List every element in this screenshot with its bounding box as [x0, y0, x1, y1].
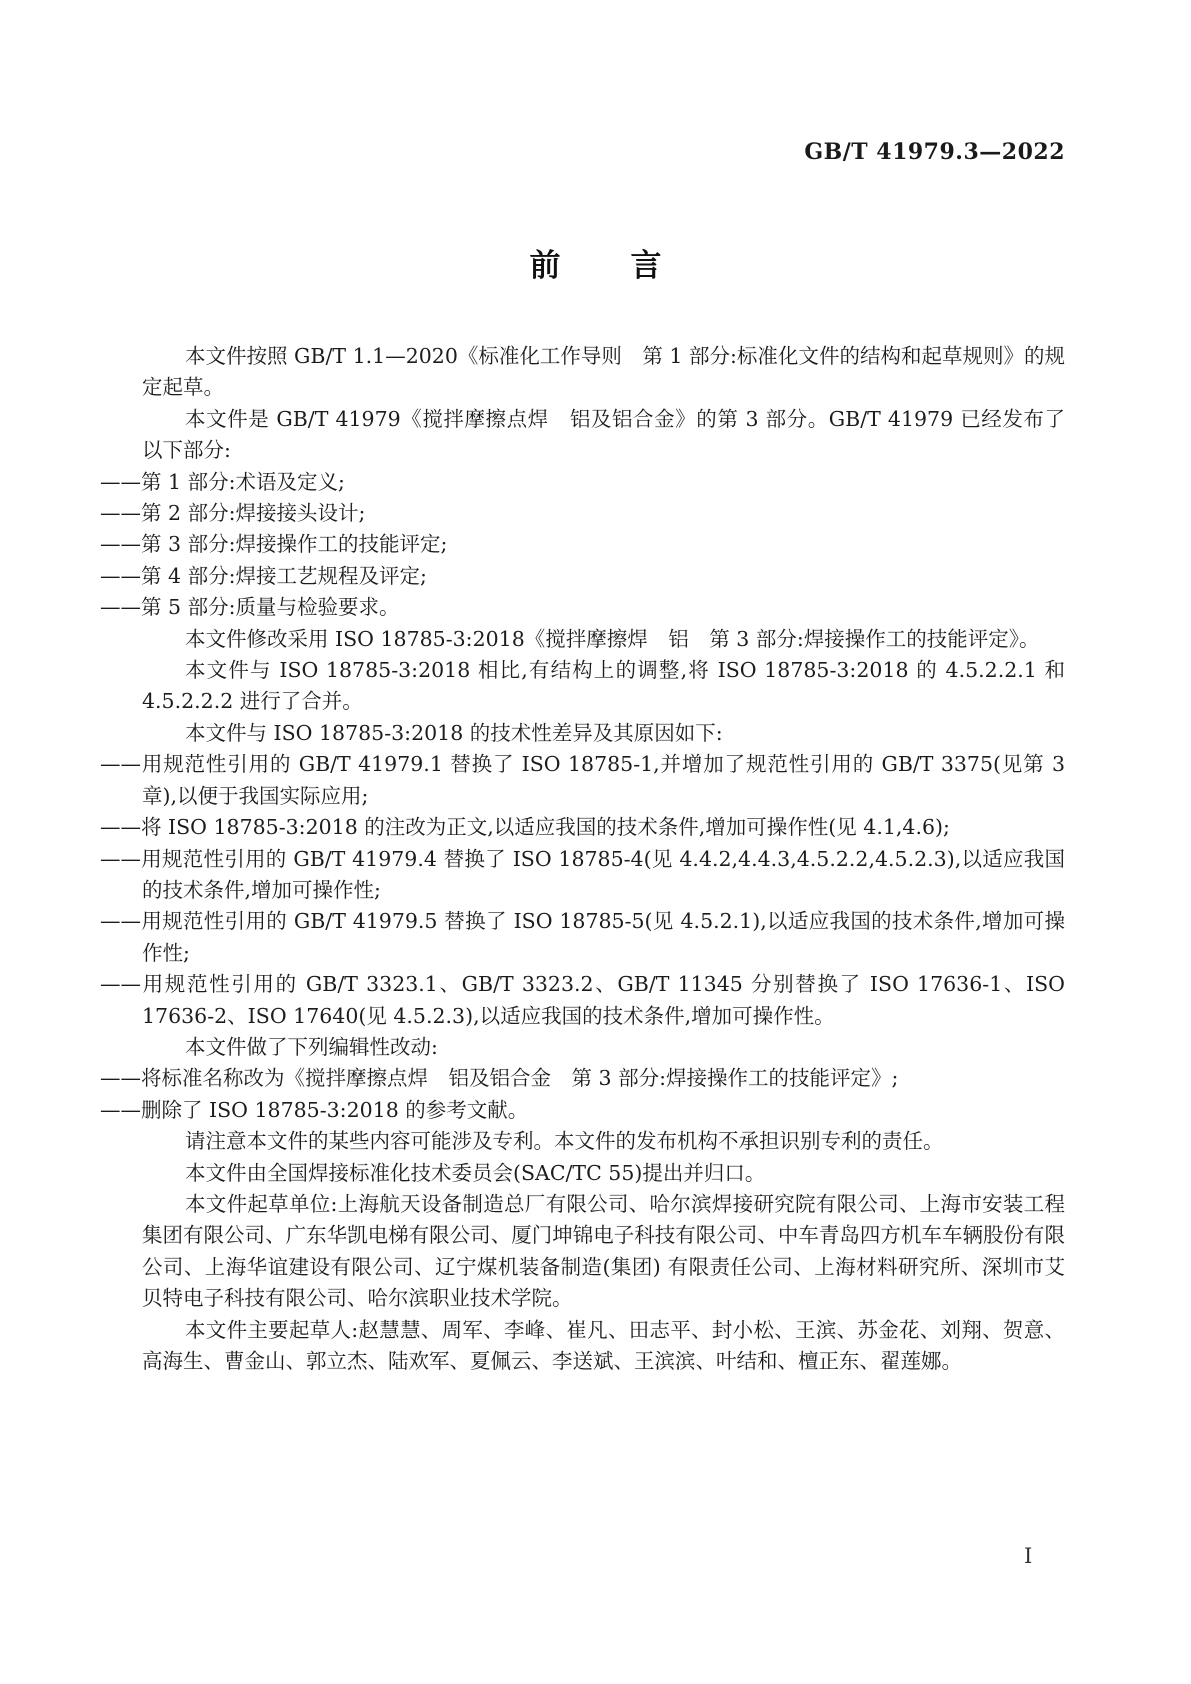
foreword-dash-item: ——删除了 ISO 18785-3:2018 的参考文献。 — [142, 1095, 1065, 1126]
foreword-paragraph: 本文件修改采用 ISO 18785-3:2018《搅拌摩擦焊 铝 第 3 部分:… — [142, 624, 1065, 655]
foreword-dash-item: ——用规范性引用的 GB/T 41979.5 替换了 ISO 18785-5(见… — [142, 906, 1065, 969]
page-title: 前言 — [0, 240, 1191, 285]
foreword-dash-item: ——将 ISO 18785-3:2018 的注改为正文,以适应我国的技术条件,增… — [142, 812, 1065, 843]
standard-code: GB/T 41979.3—2022 — [804, 139, 1065, 165]
page-number: I — [1024, 1544, 1032, 1568]
foreword-paragraph: 本文件由全国焊接标准化技术委员会(SAC/TC 55)提出并归口。 — [142, 1158, 1065, 1189]
foreword-dash-item: ——第 2 部分:焊接接头设计; — [142, 498, 1065, 529]
foreword-dash-item: ——用规范性引用的 GB/T 41979.1 替换了 ISO 18785-1,并… — [142, 749, 1065, 812]
foreword-dash-item: ——用规范性引用的 GB/T 3323.1、GB/T 3323.2、GB/T 1… — [142, 969, 1065, 1032]
foreword-dash-item: ——第 1 部分:术语及定义; — [142, 467, 1065, 498]
foreword-paragraph: 本文件起草单位:上海航天设备制造总厂有限公司、哈尔滨焊接研究院有限公司、上海市安… — [142, 1189, 1065, 1315]
foreword-paragraph: 本文件与 ISO 18785-3:2018 的技术性差异及其原因如下: — [142, 718, 1065, 749]
foreword-dash-item: ——将标准名称改为《搅拌摩擦点焊 铝及铝合金 第 3 部分:焊接操作工的技能评定… — [142, 1063, 1065, 1094]
foreword-paragraph: 本文件与 ISO 18785-3:2018 相比,有结构上的调整,将 ISO 1… — [142, 655, 1065, 718]
foreword-paragraph: 请注意本文件的某些内容可能涉及专利。本文件的发布机构不承担识别专利的责任。 — [142, 1126, 1065, 1157]
foreword-paragraph: 本文件主要起草人:赵慧慧、周军、李峰、崔凡、田志平、封小松、王滨、苏金花、刘翔、… — [142, 1315, 1065, 1378]
foreword-paragraph: 本文件做了下列编辑性改动: — [142, 1032, 1065, 1063]
foreword-dash-item: ——第 3 部分:焊接操作工的技能评定; — [142, 529, 1065, 560]
foreword-dash-item: ——第 5 部分:质量与检验要求。 — [142, 592, 1065, 623]
document-page: GB/T 41979.3—2022 前言 本文件按照 GB/T 1.1—2020… — [0, 0, 1191, 1684]
foreword-dash-item: ——用规范性引用的 GB/T 41979.4 替换了 ISO 18785-4(见… — [142, 844, 1065, 907]
foreword-body: 本文件按照 GB/T 1.1—2020《标准化工作导则 第 1 部分:标准化文件… — [142, 341, 1065, 1377]
foreword-paragraph: 本文件按照 GB/T 1.1—2020《标准化工作导则 第 1 部分:标准化文件… — [142, 341, 1065, 404]
foreword-dash-item: ——第 4 部分:焊接工艺规程及评定; — [142, 561, 1065, 592]
foreword-paragraph: 本文件是 GB/T 41979《搅拌摩擦点焊 铝及铝合金》的第 3 部分。GB/… — [142, 404, 1065, 467]
